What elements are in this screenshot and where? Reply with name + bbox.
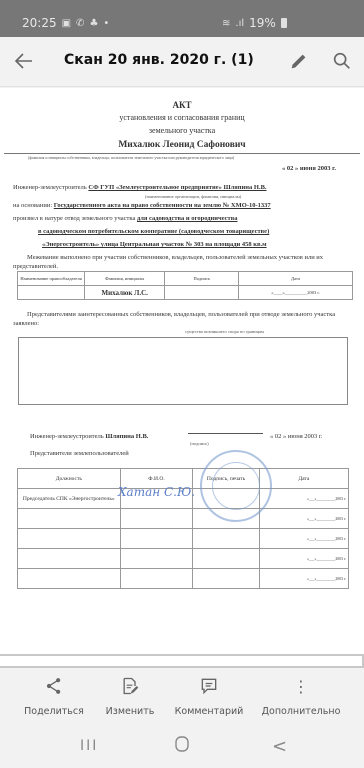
engineer-prefix: Инженер-землеустроитель [13,184,87,191]
image-icon: ▣ [62,18,71,29]
doc-subheading-1: установления и согласования границ [0,113,364,122]
signature-line [188,433,263,434]
table-header: Дата [259,469,348,489]
table-row: «___»__________2003 г. [18,569,349,589]
table-cell: «____»__________2003 г. [239,286,353,300]
table-cell [18,549,121,569]
home-circle-icon [174,734,190,754]
owners-table: Наименование правообладателя Фамилия, ин… [17,271,353,300]
comment-icon [164,676,254,698]
engineer-caption: (наименование организации, фамилия, иниц… [145,194,241,199]
representatives-label: Представители землепользователей [30,450,129,457]
allotment-purpose: для садоводства и огородничества [137,215,238,222]
seal-stamp-inner [212,462,260,510]
edit-document-button[interactable]: Изменить [85,676,175,717]
back-button[interactable] [12,49,38,75]
table-cell: «___»__________2003 г. [259,549,348,569]
comment-label: Комментарий [164,706,254,717]
clock: 20:25 [22,16,57,30]
survey-text: Межевание выполнено при участии собствен… [13,253,353,271]
table-cell [193,569,259,589]
table-cell [120,529,193,549]
viber-icon: ✆ [76,18,84,29]
document-title: Скан 20 янв. 2020 г. (1) [64,52,254,68]
home-button[interactable] [174,734,190,759]
table-header: Дата [239,272,353,286]
table-header: Подпись [165,272,239,286]
engineer-line: Инженер-землеустроитель СФ ГУП «Землеуст… [13,184,267,191]
battery-percent: 19% [249,16,276,30]
signature-caption: (подпись) [190,441,209,446]
table-row: «___»__________2003 г. [18,509,349,529]
table-cell: «___»__________2003 г. [259,569,348,589]
table-header: Фамилия, инициалы [85,272,165,286]
table-cell [193,549,259,569]
search-button[interactable] [331,50,353,72]
owner-caption: (фамилия и инициалы собственника, владел… [28,155,234,160]
table-row: «___»__________2003 г. [18,549,349,569]
table-row: «___»__________2003 г. [18,529,349,549]
table-cell [18,569,121,589]
more-label: Дополнительно [256,706,346,717]
divider [4,153,360,154]
table-header: Должность [18,469,121,489]
owner-name: Михалюк Леонид Сафонович [0,140,364,150]
table-cell: «___»__________2003 г. [259,529,348,549]
table-cell [18,509,121,529]
engineer-org: СФ ГУП «Землеустроительное предприятие» … [88,184,266,191]
table-cell [165,286,239,300]
table-cell: «___»__________2003 г. [259,489,348,509]
table-cell [120,509,193,529]
table-cell: Михалюк Л.С. [85,286,165,300]
basis-value: Государственного акта на право собственн… [54,202,271,209]
document-scan[interactable]: АКТ установления и согласования границ з… [0,88,364,660]
table-cell: Председатель СПК «Энергостроитель» [18,489,121,509]
pencil-icon [288,50,310,72]
table-cell [18,286,85,300]
page-edge [0,654,364,668]
doc-heading: АКТ [0,100,364,110]
edit-label: Изменить [85,706,175,717]
dispute-box [18,337,348,405]
allotment-prefix: произвел в натуре отвод земельного участ… [13,215,135,222]
notification-icon: ♣ [89,18,98,29]
system-nav-bar: III < [0,728,364,768]
search-icon [331,50,353,72]
engineer-sign-name: Шляпина Н.В. [105,433,148,440]
more-button[interactable]: ⋮ Дополнительно [256,676,346,717]
more-vertical-icon: ⋮ [256,676,346,698]
allotment-line: произвел в натуре отвод земельного участ… [13,215,238,222]
doc-subheading-2: земельного участка [0,126,364,135]
cooperative-line: в садоводческом потребительском кооперат… [38,228,269,235]
address-line: «Энергостроитель» улица Центральная учас… [42,241,267,248]
app-bar: Скан 20 янв. 2020 г. (1) [0,37,364,87]
table-cell [193,529,259,549]
statement-text: Представителями заинтересованных собстве… [13,310,353,328]
recents-button[interactable]: III [80,738,98,754]
bottom-action-bar: Поделиться Изменить Комментарий ⋮ Дополн… [0,670,364,728]
engineer-sign-line: Инженер-землеустроитель Шляпина Н.В. [30,433,148,440]
table-cell [18,529,121,549]
table-row: Михалюк Л.С. «____»__________2003 г. [18,286,353,300]
table-header: Наименование правообладателя [18,272,85,286]
basis-prefix: на основании: [13,202,52,209]
table-header-row: Наименование правообладателя Фамилия, ин… [18,272,353,286]
nav-back-button[interactable]: < [272,736,287,757]
status-bar: 20:25 ▣ ✆ ♣ • ≋ .ıl 19% [0,0,364,37]
table-cell [120,549,193,569]
arrow-left-icon [12,49,36,73]
battery-icon [281,18,287,28]
signal-icon: .ıl [235,18,244,29]
comment-button[interactable]: Комментарий [164,676,254,717]
edit-document-icon [85,676,175,698]
table-cell [120,569,193,589]
wifi-icon: ≋ [222,18,230,29]
handwritten-signature: Хатан С.Ю. [118,485,195,499]
edit-button[interactable] [288,50,310,72]
act-date: « 02 » июня 2003 г. [282,165,336,172]
basis-line: на основании: Государственного акта на п… [13,202,271,209]
dispute-caption: существо возникшего спора по границам [185,329,264,334]
dot-icon: • [103,18,109,29]
table-cell: «___»__________2003 г. [259,509,348,529]
engineer-sign-prefix: Инженер-землеустроитель [30,433,104,440]
engineer-sign-date: « 02 » июня 2003 г. [270,433,323,440]
